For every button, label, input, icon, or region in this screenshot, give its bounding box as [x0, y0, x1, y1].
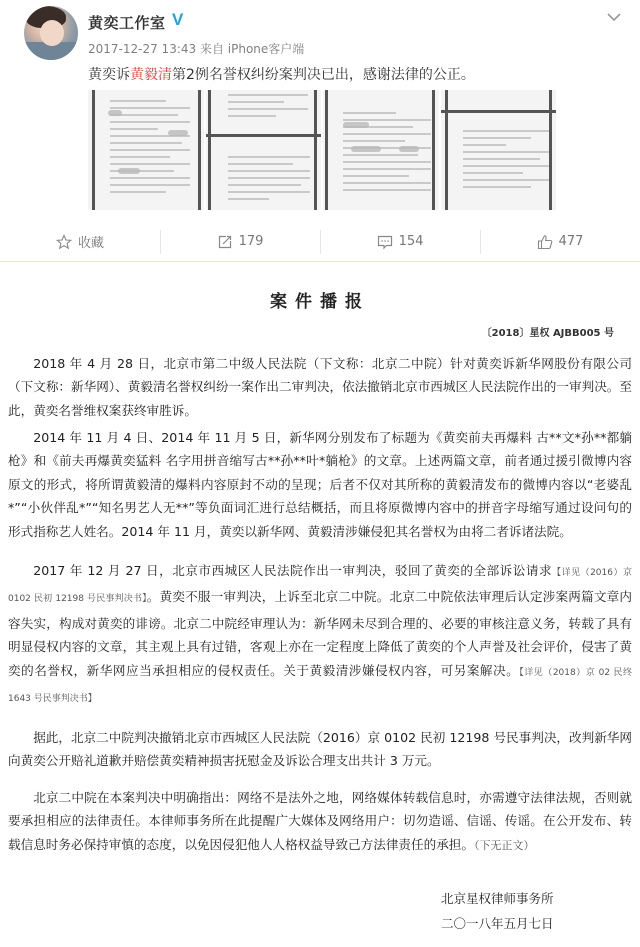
post-image-grid: [88, 90, 556, 210]
verified-badge-icon: V: [172, 10, 183, 30]
post-timestamp[interactable]: 2017-12-27 13:43: [88, 42, 196, 56]
post-image-1[interactable]: [88, 90, 204, 210]
signature-block: 北京星权律师事务所 二〇一八年五月七日: [441, 886, 554, 936]
end-of-text-marker: （下无正文）: [474, 839, 535, 852]
post-image-3[interactable]: [323, 90, 439, 210]
post-image-4[interactable]: [441, 90, 557, 210]
weibo-post: 黄奕工作室 V 2017-12-27 13:43 来自 iPhone客户端 黄奕…: [0, 0, 640, 264]
notice-paragraph-4: 据此，北京二中院判决撤销北京市西城区人民法院（2016）京 0102 民初 12…: [8, 726, 632, 773]
highlighted-name[interactable]: 黄毅清: [130, 67, 172, 83]
law-firm-name: 北京星权律师事务所: [441, 886, 554, 911]
case-notice-document: 案件播报 〔2018〕星权 AJBB005 号 2018 年 4 月 28 日，…: [0, 264, 640, 947]
like-button[interactable]: 477: [480, 222, 640, 261]
post-image-2[interactable]: [206, 90, 322, 210]
notice-paragraph-1: 2018 年 4 月 28 日，北京市第二中级人民法院（下文称：北京二中院）针对…: [8, 352, 632, 422]
notice-paragraph-5: 北京二中院在本案判决中明确指出：网络不是法外之地，网络媒体转载信息时，亦需遵守法…: [8, 786, 632, 857]
repost-button[interactable]: 179: [160, 222, 320, 261]
notice-paragraph-3: 2017 年 12 月 27 日，北京市西城区人民法院作出一审判决，驳回了黄奕的…: [8, 559, 632, 711]
avatar[interactable]: [24, 6, 78, 60]
post-meta: 2017-12-27 13:43 来自 iPhone客户端: [88, 40, 304, 57]
notice-title: 案件播报: [0, 287, 640, 312]
avatar-face-shape: [40, 20, 64, 46]
post-action-bar: 收藏 179 154 477: [0, 222, 640, 262]
repost-icon: [217, 234, 233, 250]
star-icon: [56, 234, 72, 250]
document-number: 〔2018〕星权 AJBB005 号: [482, 324, 614, 339]
comment-icon: [377, 234, 393, 250]
comment-button[interactable]: 154: [320, 222, 480, 261]
chevron-down-icon[interactable]: [606, 10, 622, 24]
post-source: 来自 iPhone客户端: [200, 42, 304, 56]
notice-paragraph-2: 2014 年 11 月 4 日、2014 年 11 月 5 日，新华网分别发布了…: [8, 426, 632, 543]
favorite-button[interactable]: 收藏: [0, 222, 160, 261]
post-text: 黄奕诉黄毅清第2例名誉权纠纷案判决已出，感谢法律的公正。: [88, 64, 475, 84]
signature-date: 二〇一八年五月七日: [441, 911, 554, 936]
thumbs-up-icon: [537, 234, 553, 250]
author-name[interactable]: 黄奕工作室: [88, 12, 166, 33]
